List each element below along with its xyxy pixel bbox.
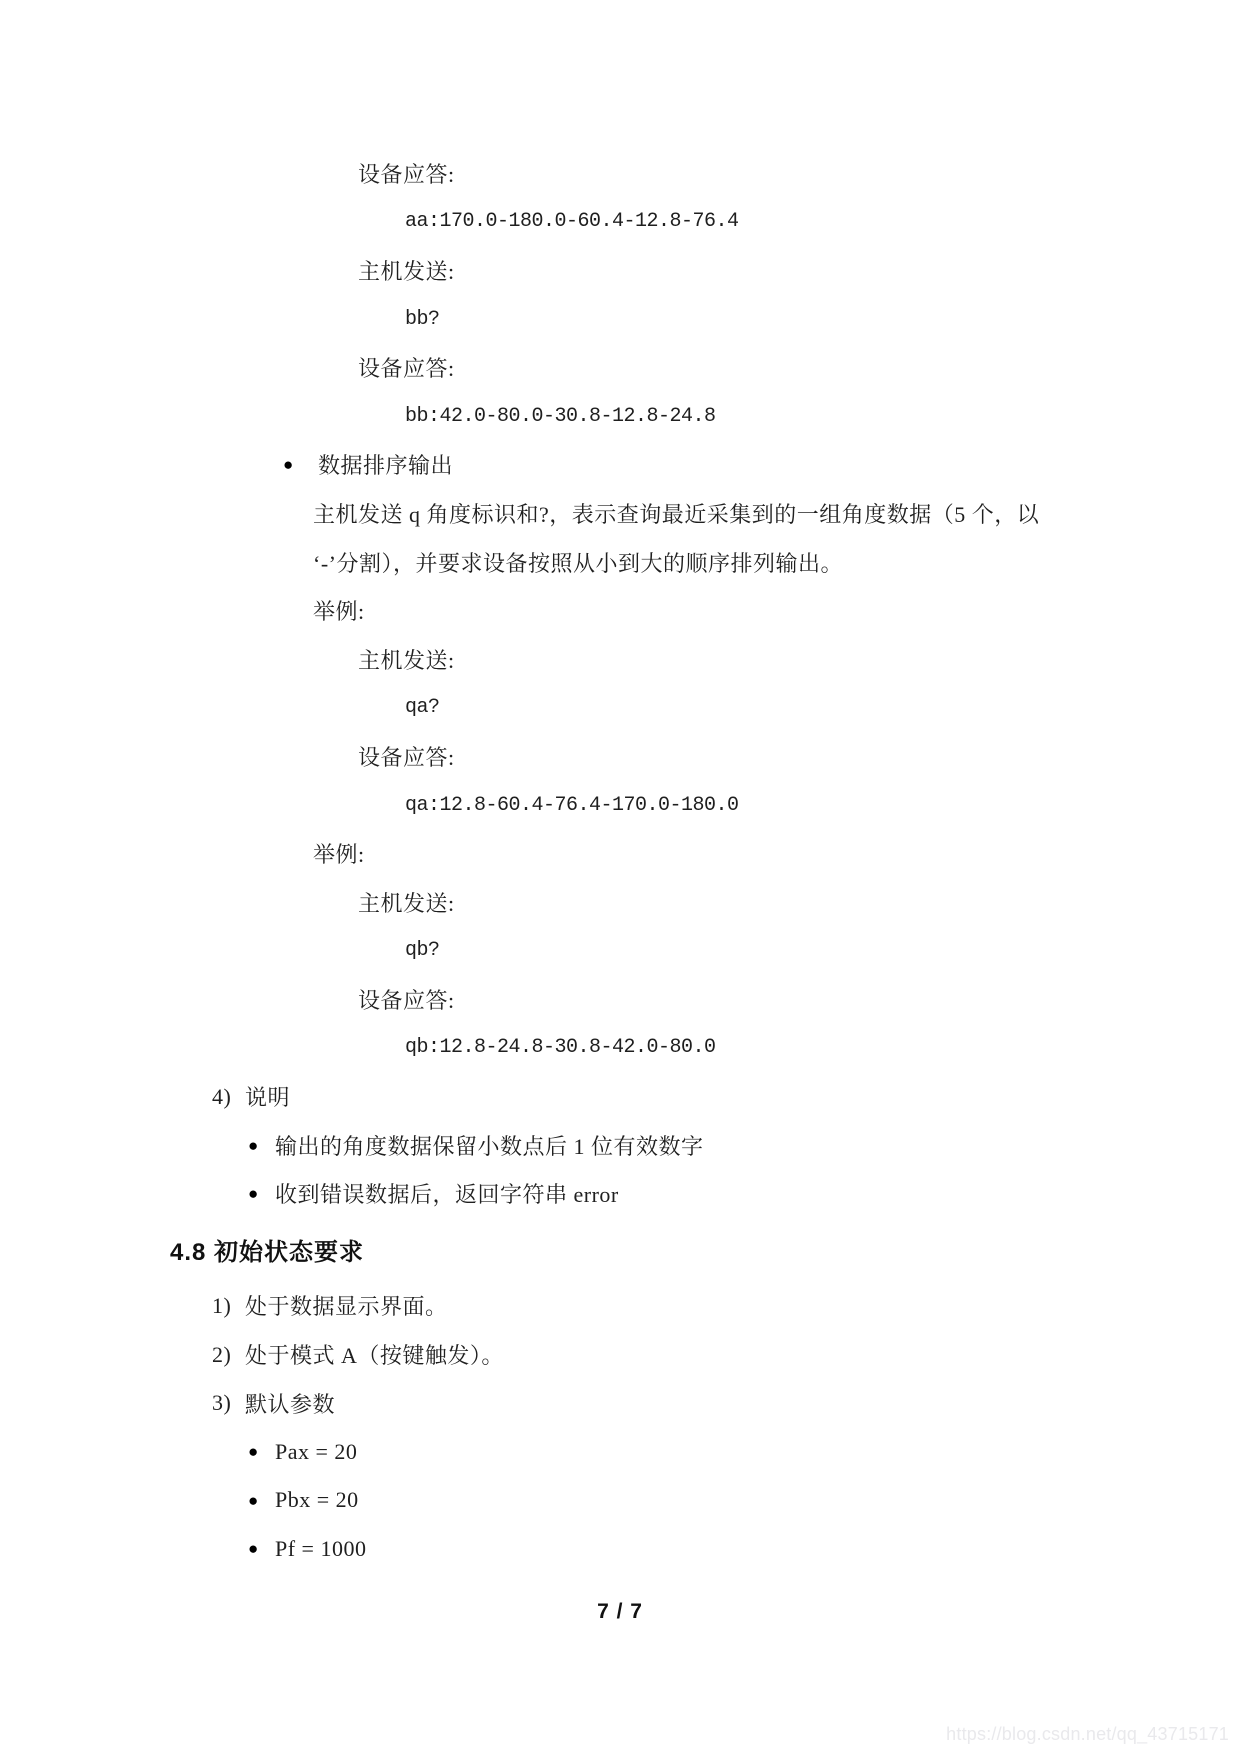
code-line: qa? [0, 684, 1240, 733]
response-label-line: 设备应答: [0, 149, 1240, 198]
line-text: 主机发送: [358, 887, 455, 918]
item-number: 3) [212, 1390, 245, 1416]
bullet-icon: ● [248, 1540, 275, 1557]
send-label-line: 主机发送: [0, 878, 1240, 927]
line-text: 设备应答: [358, 741, 455, 772]
example-label-line: 举例: [0, 829, 1240, 878]
bullet-icon: ● [248, 1185, 275, 1202]
bullet-item: ●输出的角度数据保留小数点后 1 位有效数字 [0, 1121, 1240, 1170]
response-label-line: 设备应答: [0, 975, 1240, 1024]
item-text: 默认参数 [245, 1388, 335, 1419]
line-text: qa? [405, 696, 440, 719]
page-number: 7 / 7 [597, 1600, 643, 1624]
item-number: 1) [212, 1293, 245, 1319]
bullet-item: ●收到错误数据后，返回字符串 error [0, 1169, 1240, 1218]
line-text: qb:12.8-24.8-30.8-42.0-80.0 [405, 1036, 716, 1059]
line-text: qa:12.8-60.4-76.4-170.0-180.0 [405, 794, 739, 817]
code-line: bb? [0, 295, 1240, 344]
send-label-line: 主机发送: [0, 246, 1240, 295]
bullet-text: Pbx = 20 [275, 1487, 359, 1513]
section-heading: 4.8 初始状态要求 [0, 1225, 1240, 1274]
bullet-text: Pax = 20 [275, 1439, 357, 1465]
code-line: qb:12.8-24.8-30.8-42.0-80.0 [0, 1024, 1240, 1073]
code-line: bb:42.0-80.0-30.8-12.8-24.8 [0, 392, 1240, 441]
bullet-icon: ● [283, 456, 318, 473]
bullet-item: ●Pax = 20 [0, 1427, 1240, 1476]
bullet-text: 输出的角度数据保留小数点后 1 位有效数字 [275, 1130, 704, 1161]
code-line: qb? [0, 927, 1240, 976]
bullet-icon: ● [248, 1492, 275, 1509]
document-page: 设备应答: aa:170.0-180.0-60.4-12.8-76.4 主机发送… [0, 0, 1240, 1754]
response-label-line: 设备应答: [0, 732, 1240, 781]
line-text: 主机发送 q 角度标识和?，表示查询最近采集到的一组角度数据（5 个，以 [313, 498, 1039, 529]
line-text: bb:42.0-80.0-30.8-12.8-24.8 [405, 405, 716, 428]
item-number: 4) [212, 1084, 245, 1110]
response-label-line: 设备应答: [0, 343, 1240, 392]
line-text: 设备应答: [358, 158, 455, 189]
line-text: 设备应答: [358, 352, 455, 383]
document-content: 设备应答: aa:170.0-180.0-60.4-12.8-76.4 主机发送… [0, 0, 1240, 1636]
code-line: qa:12.8-60.4-76.4-170.0-180.0 [0, 781, 1240, 830]
bullet-icon: ● [248, 1137, 275, 1154]
numbered-item: 4)说明 [0, 1072, 1240, 1121]
bullet-item: ●Pf = 1000 [0, 1525, 1240, 1574]
line-text: 举例: [313, 595, 365, 626]
heading-text: 4.8 初始状态要求 [170, 1232, 364, 1267]
line-text: aa:170.0-180.0-60.4-12.8-76.4 [405, 210, 739, 233]
line-text: 举例: [313, 838, 365, 869]
line-text: bb? [405, 308, 440, 331]
line-text: qb? [405, 939, 440, 962]
numbered-item: 1)处于数据显示界面。 [0, 1282, 1240, 1331]
paragraph-line: 主机发送 q 角度标识和?，表示查询最近采集到的一组角度数据（5 个，以 [0, 489, 1240, 538]
item-text: 说明 [245, 1081, 290, 1112]
item-text: 处于模式 A（按键触发）。 [245, 1339, 504, 1370]
page-footer: 7 / 7 [0, 1587, 1240, 1636]
bullet-icon: ● [248, 1443, 275, 1460]
numbered-item: 2)处于模式 A（按键触发）。 [0, 1330, 1240, 1379]
line-text: 设备应答: [358, 984, 455, 1015]
bullet-text: 数据排序输出 [318, 449, 453, 480]
send-label-line: 主机发送: [0, 635, 1240, 684]
line-text: ‘-’分割），并要求设备按照从小到大的顺序排列输出。 [313, 547, 843, 578]
line-text: 主机发送: [358, 255, 455, 286]
item-text: 处于数据显示界面。 [245, 1290, 448, 1321]
code-line: aa:170.0-180.0-60.4-12.8-76.4 [0, 198, 1240, 247]
numbered-item: 3)默认参数 [0, 1379, 1240, 1428]
bullet-text: Pf = 1000 [275, 1536, 366, 1562]
example-label-line: 举例: [0, 586, 1240, 635]
bullet-text: 收到错误数据后，返回字符串 error [275, 1178, 619, 1209]
bullet-item: ●数据排序输出 [0, 441, 1240, 490]
item-number: 2) [212, 1342, 245, 1368]
watermark: https://blog.csdn.net/qq_43715171 [946, 1724, 1229, 1745]
paragraph-line: ‘-’分割），并要求设备按照从小到大的顺序排列输出。 [0, 538, 1240, 587]
line-text: 主机发送: [358, 644, 455, 675]
bullet-item: ●Pbx = 20 [0, 1476, 1240, 1525]
